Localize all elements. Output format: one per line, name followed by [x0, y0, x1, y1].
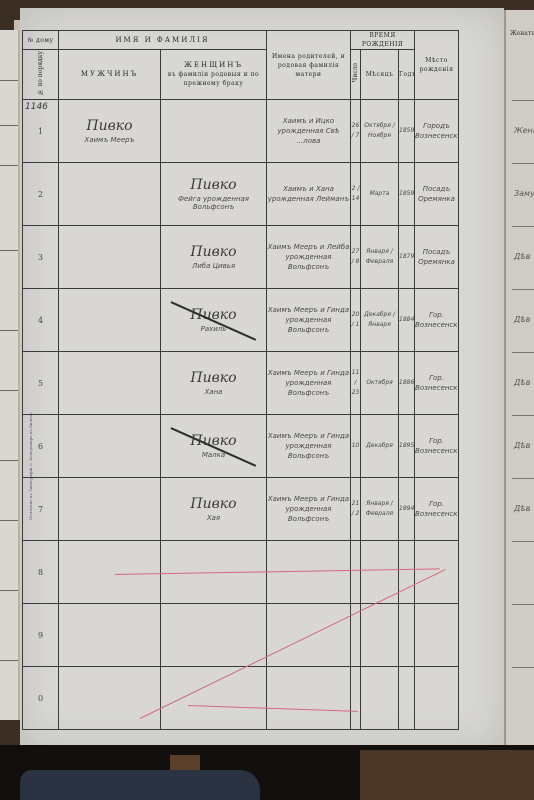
fabric [20, 770, 260, 800]
female-name-cell: Пивко Либа Цивья [161, 226, 267, 289]
year-cell: 1886 [399, 352, 415, 415]
male-name-cell [59, 289, 161, 352]
row-number: 8 [38, 568, 43, 577]
female-surname: Пивко [161, 496, 266, 512]
parents-cell: Хаимъ и Ицко урожденная Свѣ ...лова [267, 100, 351, 163]
row-number: 9 [38, 631, 43, 640]
ordinal-header: № по порядку [23, 50, 59, 100]
row-number-cell: 3 [23, 226, 59, 289]
month-cell: Января / Февраля [361, 226, 399, 289]
next-page-rule [512, 100, 534, 101]
year-cell [399, 541, 415, 604]
name-group-header: ИМЯ И ФАМИЛІЯ [59, 31, 267, 50]
female-name-cell [161, 604, 267, 667]
female-name-cell: Пивко Малка [161, 415, 267, 478]
register-row: 3 Пивко Либа Цивья Хаимъ Мееръ и Лейба у… [23, 226, 459, 289]
male-header: МУЖЧИНЪ [59, 50, 161, 100]
male-name-cell [59, 541, 161, 604]
year-cell [399, 604, 415, 667]
birthplace-cell: Гор. Вознесенскъ [415, 352, 459, 415]
female-surname: Пивко [161, 370, 266, 386]
row-number-cell: 7 [23, 478, 59, 541]
birthplace-cell [415, 604, 459, 667]
month-cell: Октября / Ноября [361, 100, 399, 163]
female-given-name: Либа Цивья [161, 262, 266, 270]
month-cell [361, 604, 399, 667]
year-cell: 1894 [399, 478, 415, 541]
parents-cell: Хаимъ Мееръ и Лейба урожденная Вольфсонъ [267, 226, 351, 289]
birthplace-cell: Гор. Вознесенскъ [415, 289, 459, 352]
birthplace-cell: Посадъ Оремянка [415, 163, 459, 226]
female-name-cell: Пивко Фейга урожденная Вольфсонъ [161, 163, 267, 226]
next-page-rule [512, 541, 534, 542]
male-surname: Пивко [59, 118, 160, 134]
male-name-cell [59, 667, 161, 730]
month-header: Мѣсяцъ [361, 50, 399, 100]
day-cell: 11 / 23 [351, 352, 361, 415]
next-page-cell: Женат [514, 126, 534, 135]
male-name-cell [59, 352, 161, 415]
male-name-cell [59, 415, 161, 478]
next-page-rule [512, 667, 534, 668]
birthplace-header: Мѣсто рожденія [415, 31, 459, 100]
row-number: 3 [38, 253, 43, 262]
year-cell: 1859 [399, 163, 415, 226]
house-number-header: № дому [23, 31, 59, 50]
row-number-cell: 4 [23, 289, 59, 352]
male-name-cell: Пивко Хаимъ Мееръ [59, 100, 161, 163]
parents-cell: Хаимъ Мееръ и Гинда урожденная Вольфсонъ [267, 415, 351, 478]
next-page-cell: Дѣв [514, 378, 530, 387]
background-floor [0, 745, 534, 800]
month-cell: Марта [361, 163, 399, 226]
row-number: 6 [38, 442, 43, 451]
male-name-cell [59, 163, 161, 226]
next-page-edge: Женатъ Замужъ... нѣтъ ЖенатЗамужДѣвДѣвДѣ… [504, 10, 534, 750]
female-surname: Пивко [161, 244, 266, 260]
house-number: 1146 [25, 102, 48, 112]
day-cell [351, 541, 361, 604]
next-page-cell: Дѣв [514, 315, 530, 324]
parents-cell: Хаимъ Мееръ и Гинда урожденная Вольфсонъ [267, 289, 351, 352]
female-surname: Пивко [161, 433, 266, 449]
previous-page-edge [0, 30, 20, 720]
female-given-name: Малка [161, 451, 266, 459]
row-number: 7 [38, 505, 43, 514]
birthplace-cell: Гор. Вознесенскъ [415, 415, 459, 478]
female-given-name: Рахиль [161, 325, 266, 333]
month-cell: Декабря [361, 415, 399, 478]
parents-header: Имена родителей, и родовая фамилія матер… [267, 31, 351, 100]
female-name-cell: Пивко Хая [161, 478, 267, 541]
register-row: 6 Пивко Малка Хаимъ Мееръ и Гинда урожде… [23, 415, 459, 478]
row-number-cell: 2 [23, 163, 59, 226]
female-header: ЖЕНЩИНЪ въ фамиліи родовыя и по прежнему… [161, 50, 267, 100]
birthplace-cell: Посадъ Оремянка [415, 226, 459, 289]
row-number-cell: 6 [23, 415, 59, 478]
row-number: 1 [38, 127, 43, 136]
register-row: 7 Пивко Хая Хаимъ Мееръ и Гинда урожденн… [23, 478, 459, 541]
day-cell: 21 / 2 [351, 478, 361, 541]
female-given-name: Хая [161, 514, 266, 522]
year-cell: 1895 [399, 415, 415, 478]
next-page-rule [512, 352, 534, 353]
day-cell: 20 / 1 [351, 289, 361, 352]
female-given-name: Хана [161, 388, 266, 396]
female-surname: Пивко [161, 177, 266, 193]
month-cell [361, 667, 399, 730]
female-surname: Пивко [161, 307, 266, 323]
month-cell: Декабря / Января [361, 289, 399, 352]
day-cell: 26 / 7 [351, 100, 361, 163]
male-name-cell [59, 226, 161, 289]
month-cell: Января / Февраля [361, 478, 399, 541]
year-cell: 1884 [399, 289, 415, 352]
birthplace-cell: Гор. Вознесенскъ [415, 478, 459, 541]
register-row: 4 Пивко Рахиль Хаимъ Мееръ и Гинда урожд… [23, 289, 459, 352]
floor-board [360, 750, 534, 800]
day-cell: 27 / 8 [351, 226, 361, 289]
day-cell [351, 667, 361, 730]
register-row: 0 [23, 667, 459, 730]
parents-cell: Хаимъ Мееръ и Гинда урожденная Вольфсонъ [267, 478, 351, 541]
row-number-cell: 0 [23, 667, 59, 730]
row-number-cell: 9 [23, 604, 59, 667]
register-row: 1146 1 Пивко Хаимъ Мееръ Хаимъ и Ицко ур… [23, 100, 459, 163]
parents-cell: Хаимъ и Хана урожденная Лейманъ [267, 163, 351, 226]
male-given-name: Хаимъ Мееръ [59, 136, 160, 144]
next-page-cell: Замуж [514, 189, 534, 198]
day-header: Число [351, 50, 361, 100]
row-number: 2 [38, 190, 43, 199]
birthplace-cell: Городъ Вознесенскъ [415, 100, 459, 163]
female-name-cell: Пивко Рахиль [161, 289, 267, 352]
row-number: 4 [38, 316, 43, 325]
birth-time-header: ВРЕМЯ РОЖДЕНІЯ [351, 31, 415, 50]
next-page-rule [512, 163, 534, 164]
register-row: 2 Пивко Фейга урожденная Вольфсонъ Хаимъ… [23, 163, 459, 226]
year-cell [399, 667, 415, 730]
next-page-rule [512, 478, 534, 479]
next-page-cell: Дѣв [514, 504, 530, 513]
next-page-rule [512, 289, 534, 290]
next-page-rule [512, 415, 534, 416]
parents-cell [267, 667, 351, 730]
register-row: 9 [23, 604, 459, 667]
year-cell: 1859 [399, 100, 415, 163]
birthplace-cell [415, 667, 459, 730]
day-cell: 10 [351, 415, 361, 478]
female-name-cell [161, 100, 267, 163]
birth-register-table: № дому ИМЯ И ФАМИЛІЯ Имена родителей, и … [22, 30, 459, 730]
month-cell: Октября [361, 352, 399, 415]
year-header: Годъ [399, 50, 415, 100]
female-given-name: Фейга урожденная Вольфсонъ [161, 195, 266, 211]
male-name-cell [59, 478, 161, 541]
next-page-cell: Дѣв [514, 252, 530, 261]
male-name-cell [59, 604, 161, 667]
parents-cell: Хаимъ Мееръ и Гинда урожденная Вольфсонъ [267, 352, 351, 415]
female-name-cell: Пивко Хана [161, 352, 267, 415]
row-number-cell: 1146 1 [23, 100, 59, 163]
year-cell: 1879 [399, 226, 415, 289]
next-page-rule [512, 226, 534, 227]
female-name-cell [161, 667, 267, 730]
row-number-cell: 5 [23, 352, 59, 415]
row-number: 0 [38, 694, 43, 703]
next-page-header: Женатъ Замужъ... нѣтъ [506, 10, 534, 38]
next-page-rule [512, 604, 534, 605]
next-page-cell: Дѣв [514, 441, 530, 450]
day-cell: 2 / 14 [351, 163, 361, 226]
register-row: 5 Пивко Хана Хаимъ Мееръ и Гинда урожден… [23, 352, 459, 415]
row-number: 5 [38, 379, 43, 388]
row-number-cell: 8 [23, 541, 59, 604]
